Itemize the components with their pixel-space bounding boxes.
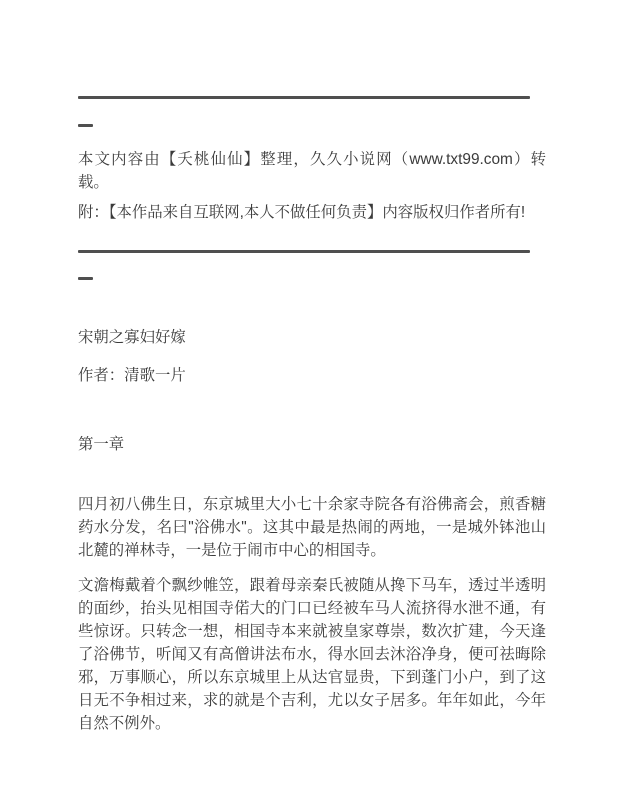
body-paragraph: 文澹梅戴着个飘纱帷笠，跟着母亲秦氏被随从搀下马车，透过半透明的面纱，抬头见相国寺… [78, 574, 546, 735]
divider-line-middle [78, 250, 530, 253]
disclaimer-text: 附：【本作品来自互联网,本人不做任何负责】内容版权归作者所有! [78, 201, 546, 224]
book-title: 宋朝之寡妇好嫁 [78, 326, 546, 349]
divider-line-top-wrap [78, 124, 93, 127]
author-line: 作者：清歌一片 [78, 364, 546, 387]
chapter-heading: 第一章 [78, 433, 546, 456]
divider-line-top [78, 96, 530, 99]
source-attribution-text: 本文内容由【夭桃仙仙】整理，久久小说网（www.txt99.com）转载。 [78, 148, 546, 194]
novel-text-page: 本文内容由【夭桃仙仙】整理，久久小说网（www.txt99.com）转载。 附：… [0, 96, 618, 735]
divider-line-middle-wrap [78, 277, 93, 280]
body-paragraph: 四月初八佛生日，东京城里大小七十余家寺院各有浴佛斋会，煎香糖药水分发，名曰"浴佛… [78, 493, 546, 562]
